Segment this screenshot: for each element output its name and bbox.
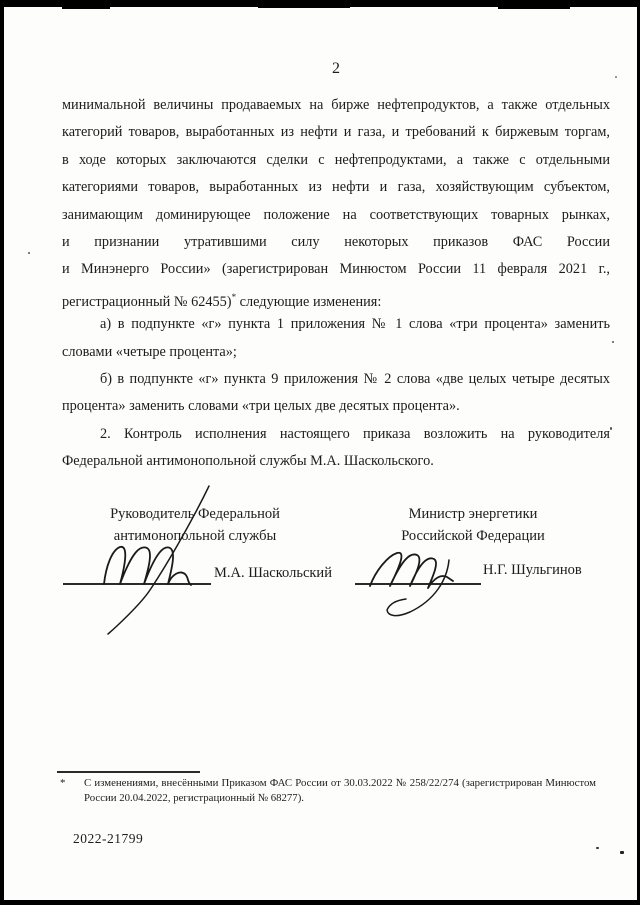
body-line: категорий товаров, выработанных из нефти… bbox=[62, 119, 610, 146]
signature-name-left: М.А. Шаскольский bbox=[214, 565, 332, 582]
scan-speck bbox=[620, 851, 624, 854]
body-text: минимальной величины продаваемых на бирж… bbox=[62, 92, 610, 475]
signature-name-right: Н.Г. Шульгинов bbox=[483, 562, 582, 579]
paragraph-2-line: 2. Контроль исполнения настоящего приказ… bbox=[62, 421, 610, 448]
handwritten-signature-left-icon bbox=[60, 480, 220, 645]
document-number: 2022-21799 bbox=[73, 831, 143, 847]
item-a-line: словами «четыре процента»; bbox=[62, 339, 610, 366]
footnote-text: С изменениями, внесёнными Приказом ФАС Р… bbox=[84, 776, 596, 806]
scan-border-left bbox=[0, 0, 4, 905]
scan-speck bbox=[596, 847, 599, 849]
scan-speck bbox=[610, 427, 612, 430]
scan-artifact bbox=[498, 7, 570, 9]
body-line: регистрационный № 62455)* следующие изме… bbox=[62, 284, 610, 311]
scan-speck bbox=[28, 252, 30, 254]
scan-border-bottom bbox=[0, 900, 640, 905]
body-line: в ходе которых заключаются сделки с нефт… bbox=[62, 147, 610, 174]
body-line: категориями товаров, выработанных из неф… bbox=[62, 174, 610, 201]
body-line: и признании утратившими силу некоторых п… bbox=[62, 229, 610, 256]
scan-speck bbox=[612, 341, 614, 343]
footnote-rule bbox=[57, 771, 200, 773]
body-line-text: следующие изменения: bbox=[236, 294, 381, 310]
body-line: и Минэнерго России» (зарегистрирован Мин… bbox=[62, 256, 610, 283]
scan-artifact bbox=[258, 7, 350, 8]
signature-title-line: Министр энергетики bbox=[383, 503, 563, 525]
page-number: 2 bbox=[0, 60, 640, 78]
item-a-line: а) в подпункте «г» пункта 1 приложения №… bbox=[62, 311, 610, 338]
item-b-line: процента» заменить словами «три целых дв… bbox=[62, 393, 610, 420]
footnote-line: России 20.04.2022, регистрационный № 682… bbox=[84, 791, 596, 806]
footnote-marker: * bbox=[60, 776, 84, 806]
body-line: занимающим доминирующее положение на соо… bbox=[62, 202, 610, 229]
scan-artifact bbox=[62, 7, 110, 9]
paragraph-2-line: Федеральной антимонопольной службы М.А. … bbox=[62, 448, 610, 475]
scanned-document-page: 2 минимальной величины продаваемых на би… bbox=[0, 0, 640, 905]
handwritten-signature-right-icon bbox=[340, 540, 470, 630]
footnote-line: С изменениями, внесёнными Приказом ФАС Р… bbox=[84, 776, 596, 791]
scan-border-top bbox=[0, 0, 640, 7]
body-line: минимальной величины продаваемых на бирж… bbox=[62, 92, 610, 119]
footnote: * С изменениями, внесёнными Приказом ФАС… bbox=[60, 776, 600, 806]
body-line-text: регистрационный № 62455) bbox=[62, 294, 232, 310]
item-b-line: б) в подпункте «г» пункта 9 приложения №… bbox=[62, 366, 610, 393]
